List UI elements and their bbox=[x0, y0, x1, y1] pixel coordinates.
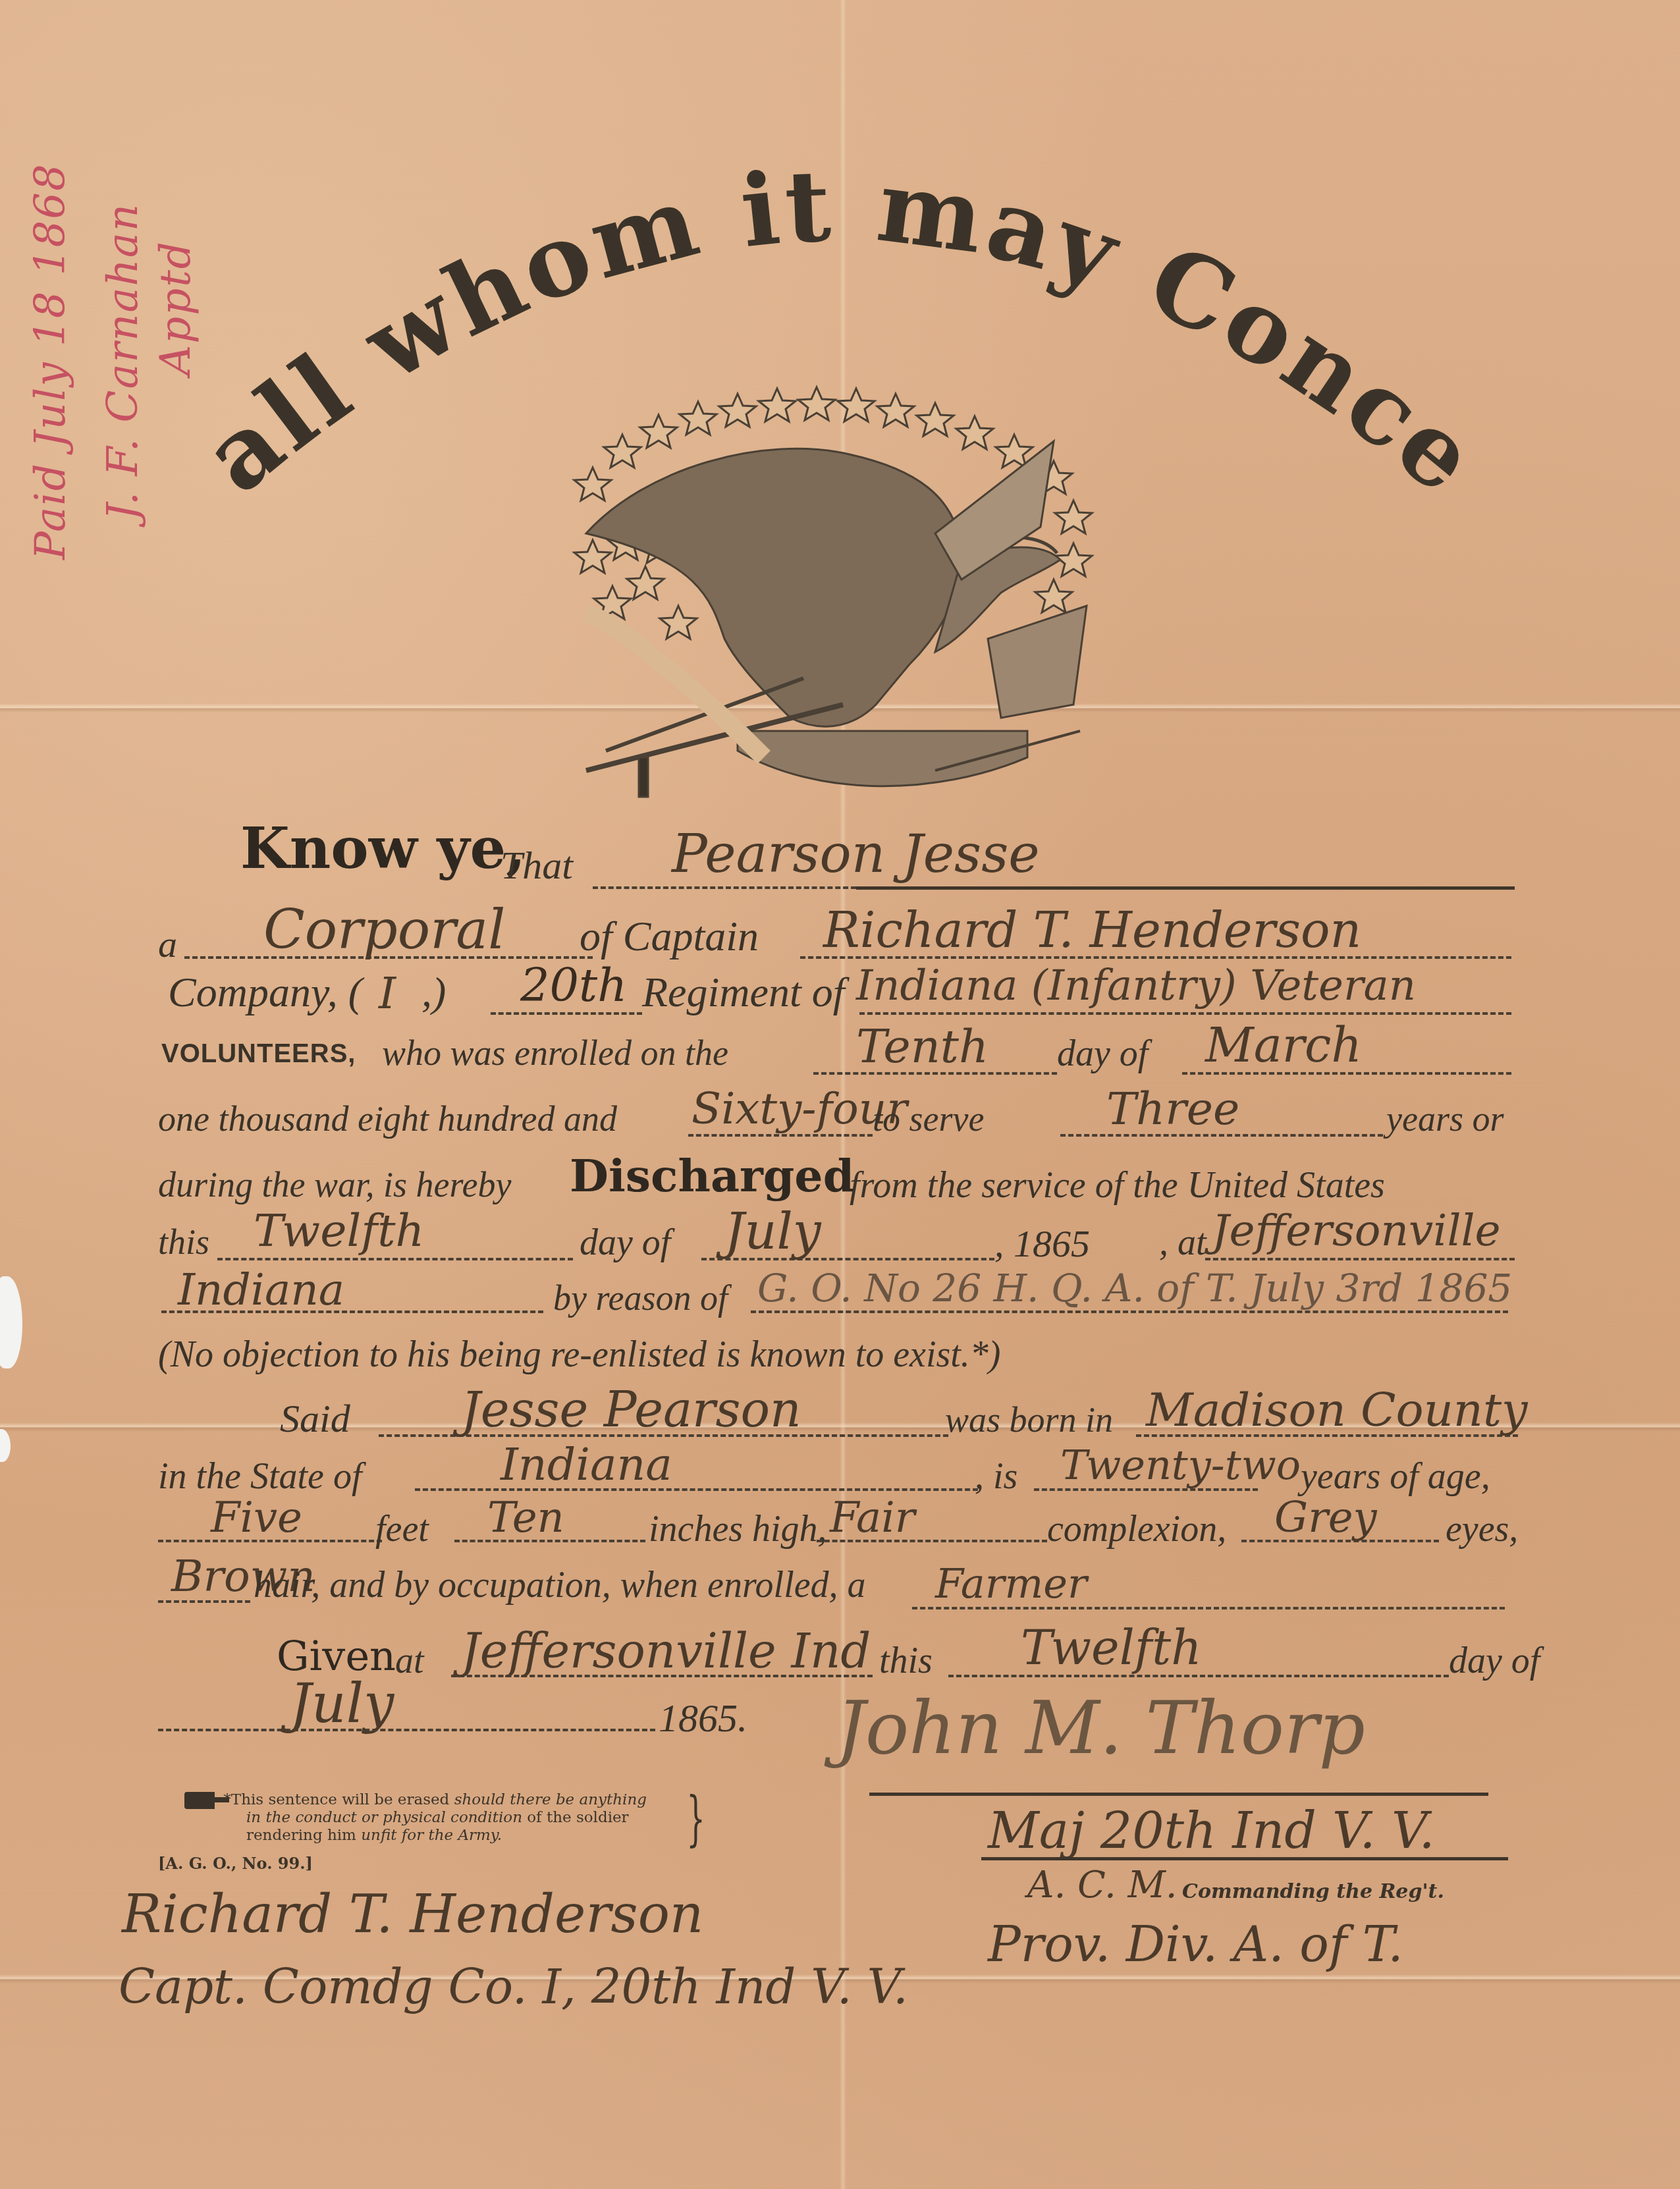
said-name-value: Jesse Pearson bbox=[461, 1382, 801, 1438]
company-letter-value: I bbox=[379, 968, 396, 1019]
during-war-label: during the war, is hereby bbox=[158, 1164, 511, 1205]
title-line bbox=[981, 1857, 1508, 1860]
enrolled-on-label: who was enrolled on the bbox=[382, 1033, 728, 1073]
brace-glyph: } bbox=[686, 1793, 705, 1845]
at-label: , at bbox=[1159, 1222, 1206, 1264]
name-line bbox=[593, 886, 856, 889]
a-label: a bbox=[158, 922, 177, 966]
mustering-unit: Prov. Div. A. of T. bbox=[988, 1916, 1403, 1973]
to-serve-label: to serve bbox=[873, 1098, 984, 1139]
know-ye-heading: Know ye, bbox=[240, 815, 526, 882]
commanding-label: Commanding the Reg't. bbox=[1182, 1880, 1444, 1903]
pointing-hand-icon bbox=[184, 1792, 215, 1809]
that-label: That bbox=[501, 843, 573, 888]
no-objection-clause: (No objection to his being re-enlisted i… bbox=[158, 1334, 1001, 1376]
hair-occupation-label: hair, and by occupation, when enrolled, … bbox=[254, 1564, 866, 1606]
year-prefix-label: one thousand eight hundred and bbox=[158, 1098, 617, 1139]
company-close: ,) bbox=[421, 968, 446, 1017]
age-value: Twenty-two bbox=[1060, 1441, 1301, 1489]
is-label: , is bbox=[975, 1455, 1017, 1498]
footnote-line1-roman: *This sentence will be erased bbox=[223, 1791, 449, 1808]
birth-county-value: Madison County bbox=[1146, 1383, 1528, 1437]
enroll-day-value: Tenth bbox=[856, 1019, 989, 1073]
discharge-day-value: Twelfth bbox=[254, 1205, 424, 1257]
regiment-name-line bbox=[859, 1012, 1511, 1015]
captain-title: Capt. Comdg Co. I, 20th Ind V. V. bbox=[119, 1959, 908, 2014]
day-of-label: day of bbox=[1057, 1033, 1148, 1075]
footnote-line1-italic: should there be anything bbox=[454, 1791, 647, 1808]
discharge-place-line bbox=[1205, 1258, 1515, 1260]
reason-value: G. O. No 26 H. Q. A. of T. July 3rd 1865 bbox=[757, 1266, 1512, 1311]
footnote-line3-roman: rendering him bbox=[246, 1827, 356, 1844]
regiment-of-label: Regiment of bbox=[642, 968, 844, 1017]
state-of-label: in the State of bbox=[158, 1455, 362, 1498]
discharge-place-value: Jeffersonville bbox=[1212, 1205, 1501, 1256]
feet-label: feet bbox=[375, 1508, 429, 1550]
soldier-name-value: Pearson Jesse bbox=[672, 823, 1040, 884]
height-feet-value: Five bbox=[211, 1494, 302, 1542]
given-year: 1865. bbox=[659, 1696, 747, 1741]
footnote-line2-italic: in the conduct or physical condition bbox=[246, 1809, 522, 1826]
term-value: Three bbox=[1106, 1083, 1239, 1135]
birth-state-line bbox=[415, 1488, 978, 1491]
commander-title-value: Maj 20th Ind V. V. bbox=[988, 1801, 1435, 1860]
company-label: Company, ( bbox=[168, 968, 362, 1017]
regiment-name-value: Indiana (Infantry) Veteran bbox=[856, 961, 1416, 1010]
this-label: this bbox=[879, 1640, 933, 1682]
form-code: [A. G. O., No. 99.] bbox=[158, 1854, 313, 1873]
name-line bbox=[856, 886, 1515, 890]
given-month-value: July bbox=[290, 1673, 394, 1735]
day-of-label: day of bbox=[1449, 1640, 1540, 1682]
footnote-line3-italic: unfit for the Army. bbox=[361, 1827, 502, 1844]
given-at-label: at bbox=[395, 1640, 424, 1682]
this-label: this bbox=[158, 1222, 209, 1262]
birth-state-value: Indiana bbox=[501, 1439, 672, 1491]
said-label: Said bbox=[280, 1396, 350, 1442]
discharge-certificate: Paid July 18 1868 J. F. Carnahan Apptd T… bbox=[0, 0, 1680, 2189]
given-day-value: Twelfth bbox=[1021, 1620, 1202, 1675]
enroll-month-value: March bbox=[1205, 1017, 1362, 1073]
day-of-label: day of bbox=[580, 1222, 670, 1264]
reason-line bbox=[751, 1311, 1508, 1313]
rank-value: Corporal bbox=[263, 899, 505, 961]
discharged-heading: Discharged bbox=[570, 1150, 854, 1203]
commander-signature: John M. Thorp bbox=[836, 1686, 1365, 1770]
height-inches-value: Ten bbox=[487, 1494, 564, 1542]
regiment-number-line bbox=[491, 1012, 642, 1015]
of-captain-label: of Captain bbox=[580, 912, 759, 961]
by-reason-label: by reason of bbox=[553, 1278, 728, 1318]
captain-name-value: Richard T. Henderson bbox=[823, 902, 1361, 959]
years-of-age-label: years of age, bbox=[1301, 1455, 1490, 1498]
complexion-value: Fair bbox=[830, 1494, 915, 1542]
born-in-label: was born in bbox=[945, 1399, 1113, 1440]
captain-signature: Richard T. Henderson bbox=[122, 1883, 703, 1945]
regiment-number-value: 20th bbox=[520, 958, 627, 1012]
volunteers-label: VOLUNTEERS, bbox=[161, 1039, 356, 1069]
enroll-year-line bbox=[688, 1134, 873, 1137]
mustering-initials: A. C. M. bbox=[1027, 1864, 1178, 1906]
given-month-line bbox=[158, 1729, 655, 1731]
discharge-form: Know ye, That Pearson Jesse a Corporal o… bbox=[0, 0, 1680, 2189]
discharge-year: , 1865 bbox=[994, 1222, 1090, 1266]
years-or-label: years or bbox=[1386, 1098, 1504, 1139]
from-service-label: from the service of the United States bbox=[850, 1164, 1385, 1206]
discharge-month-value: July bbox=[724, 1202, 821, 1260]
eyes-value: Grey bbox=[1274, 1494, 1377, 1542]
discharge-state-value: Indiana bbox=[178, 1264, 344, 1315]
footnote-line2-roman: of the soldier bbox=[527, 1809, 628, 1826]
complexion-label: complexion, bbox=[1047, 1508, 1226, 1550]
footnote: *This sentence will be erased should the… bbox=[184, 1791, 647, 1845]
discharge-day-line bbox=[217, 1258, 573, 1260]
occupation-value: Farmer bbox=[935, 1559, 1087, 1608]
eyes-label: eyes, bbox=[1446, 1508, 1518, 1550]
given-place-value: Jeffersonville Ind bbox=[461, 1623, 871, 1679]
signature-line bbox=[869, 1793, 1488, 1796]
inches-high-label: inches high, bbox=[649, 1508, 827, 1550]
